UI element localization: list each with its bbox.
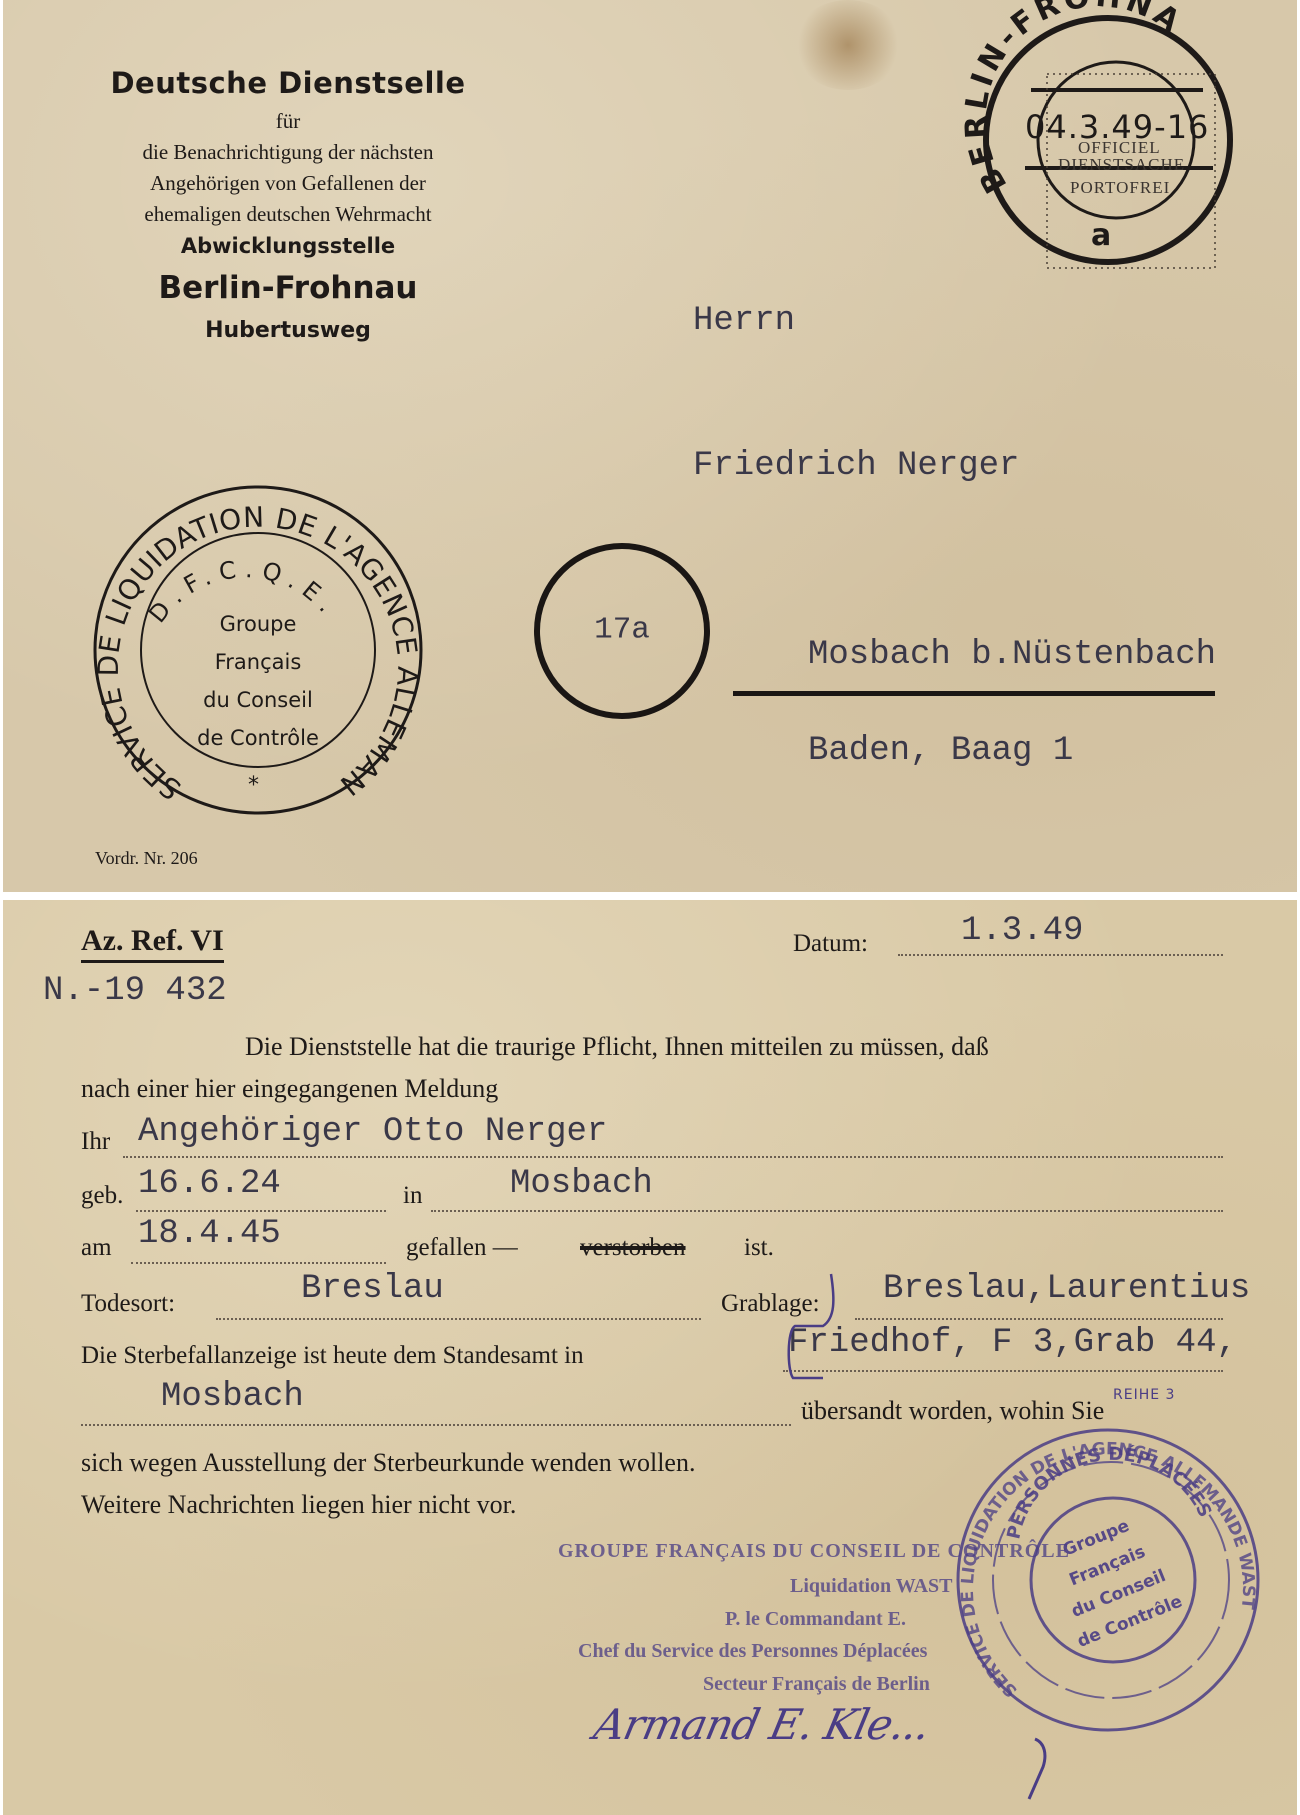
- am-label: am: [81, 1234, 112, 1262]
- zone-label: 17a: [534, 615, 710, 646]
- closing-line-1: sich wegen Ausstellung der Sterbeurkunde…: [81, 1448, 695, 1478]
- geb-label: geb.: [81, 1182, 123, 1210]
- am-value: 18.4.45: [138, 1215, 281, 1253]
- official-stamp-line-5: Secteur Français de Berlin: [703, 1673, 930, 1696]
- recipient-city: Mosbach b.Nüstenbach: [808, 636, 1216, 674]
- postcard-message-side: Az. Ref. VI N.-19 432 Datum: 1.3.49 Die …: [3, 900, 1297, 1815]
- ihr-label: Ihr: [81, 1128, 110, 1156]
- closing-line-2: Weitere Nachrichten liegen hier nicht vo…: [81, 1490, 516, 1520]
- date-line: [898, 954, 1223, 956]
- am-line: [131, 1262, 386, 1264]
- sender-description: für die Benachrichtigung der nächsten An…: [73, 106, 503, 230]
- status-text: gefallen —: [406, 1234, 518, 1262]
- stamp-center-text: Groupe Français du Conseil de Contrôle: [158, 605, 358, 757]
- sender-block: Deutsche Dienstselle: [73, 66, 503, 100]
- official-stamp-line-4: Chef du Service des Personnes Déplacées: [578, 1640, 927, 1663]
- sender-line-1: die Benachrichtigung der nächsten: [73, 137, 503, 168]
- sender-street: Hubertusweg: [73, 318, 503, 343]
- form-number: Vordr. Nr. 206: [95, 848, 198, 869]
- stamp-line-4: de Contrôle: [158, 719, 358, 757]
- sender-line-2: Angehörigen von Gefallenen der: [73, 168, 503, 199]
- intro-line-2: nach einer hier eingegangenen Meldung: [81, 1074, 498, 1104]
- status-struck: verstorben: [580, 1234, 686, 1262]
- stamp-line-3: du Conseil: [158, 681, 358, 719]
- french-control-stamp: SERVICE DE LIQUIDATION DE L'AGENCE ALLEM…: [88, 480, 428, 820]
- recipient-salutation: Herrn: [693, 302, 795, 340]
- stamp-line-2: Français: [158, 643, 358, 681]
- stamp-line-1: Groupe: [158, 605, 358, 643]
- grablage-line: [855, 1318, 1223, 1320]
- todesort-value: Breslau: [301, 1270, 444, 1308]
- in-value: Mosbach: [510, 1165, 653, 1203]
- official-stamp-line-2: Liquidation WAST: [790, 1575, 953, 1598]
- sender-title: Deutsche Dienstselle: [73, 66, 503, 100]
- ihr-value: Angehöriger Otto Nerger: [138, 1113, 607, 1151]
- geb-value: 16.6.24: [138, 1165, 281, 1203]
- overprint-dienstsache: DIENSTSACHE: [1058, 155, 1185, 175]
- official-stamp-line-3: P. le Commandant E.: [725, 1608, 906, 1631]
- in-line: [431, 1210, 1223, 1212]
- sender-line-3: ehemaligen deutschen Wehrmacht: [73, 199, 503, 230]
- violet-round-stamp: SERVICE DE LIQUIDATION DE L'AGENCE ALLEM…: [948, 1420, 1268, 1740]
- standesamt-value: Mosbach: [161, 1378, 304, 1416]
- reference-number: N.-19 432: [43, 972, 227, 1010]
- grablage-note: REIHE 3: [1113, 1387, 1175, 1403]
- recipient-region: Baden, Baag 1: [808, 732, 1073, 770]
- grablage-value-line-2: Friedhof, F 3,Grab 44,: [788, 1324, 1237, 1362]
- grablage-bracket-mark: [783, 1270, 843, 1390]
- sender-line-fuer: für: [73, 106, 503, 137]
- postmark-letter: a: [1091, 218, 1111, 253]
- todesort-line: [216, 1318, 701, 1320]
- todesort-label: Todesort:: [81, 1290, 175, 1318]
- postmark: BERLIN-FROHNAU 04.3.49-16 OFFICIEL DIENS…: [963, 0, 1243, 280]
- signature-flourish: [1023, 1735, 1063, 1805]
- grablage-value-line-1: Breslau,Laurentius: [883, 1270, 1250, 1308]
- date-label: Datum:: [793, 930, 868, 958]
- address-underline: [733, 691, 1215, 696]
- sender-city: Berlin-Frohnau: [73, 270, 503, 306]
- water-stain: [793, 0, 903, 90]
- geb-line: [136, 1210, 386, 1212]
- recipient-name: Friedrich Nerger: [693, 447, 1019, 485]
- postcard-address-side: Deutsche Dienstselle für die Benachricht…: [3, 0, 1297, 892]
- in-label: in: [403, 1182, 422, 1210]
- standesamt-value-line: [81, 1424, 791, 1426]
- reference-label: Az. Ref. VI: [81, 924, 224, 963]
- date-value: 1.3.49: [961, 912, 1083, 950]
- sender-subtitle: Abwicklungsstelle: [73, 234, 503, 258]
- signature: Armand E. Kle...: [590, 1700, 934, 1749]
- status-end: ist.: [744, 1234, 774, 1262]
- standesamt-line: [783, 1370, 1223, 1372]
- ihr-line: [123, 1156, 1223, 1158]
- overprint-portofrei: PORTOFREI: [1070, 178, 1170, 198]
- intro-line-1: Die Dienststelle hat die traurige Pflich…: [245, 1032, 989, 1062]
- standesamt-text: Die Sterbefallanzeige ist heute dem Stan…: [81, 1342, 584, 1370]
- stamp-star-icon: *: [248, 773, 259, 798]
